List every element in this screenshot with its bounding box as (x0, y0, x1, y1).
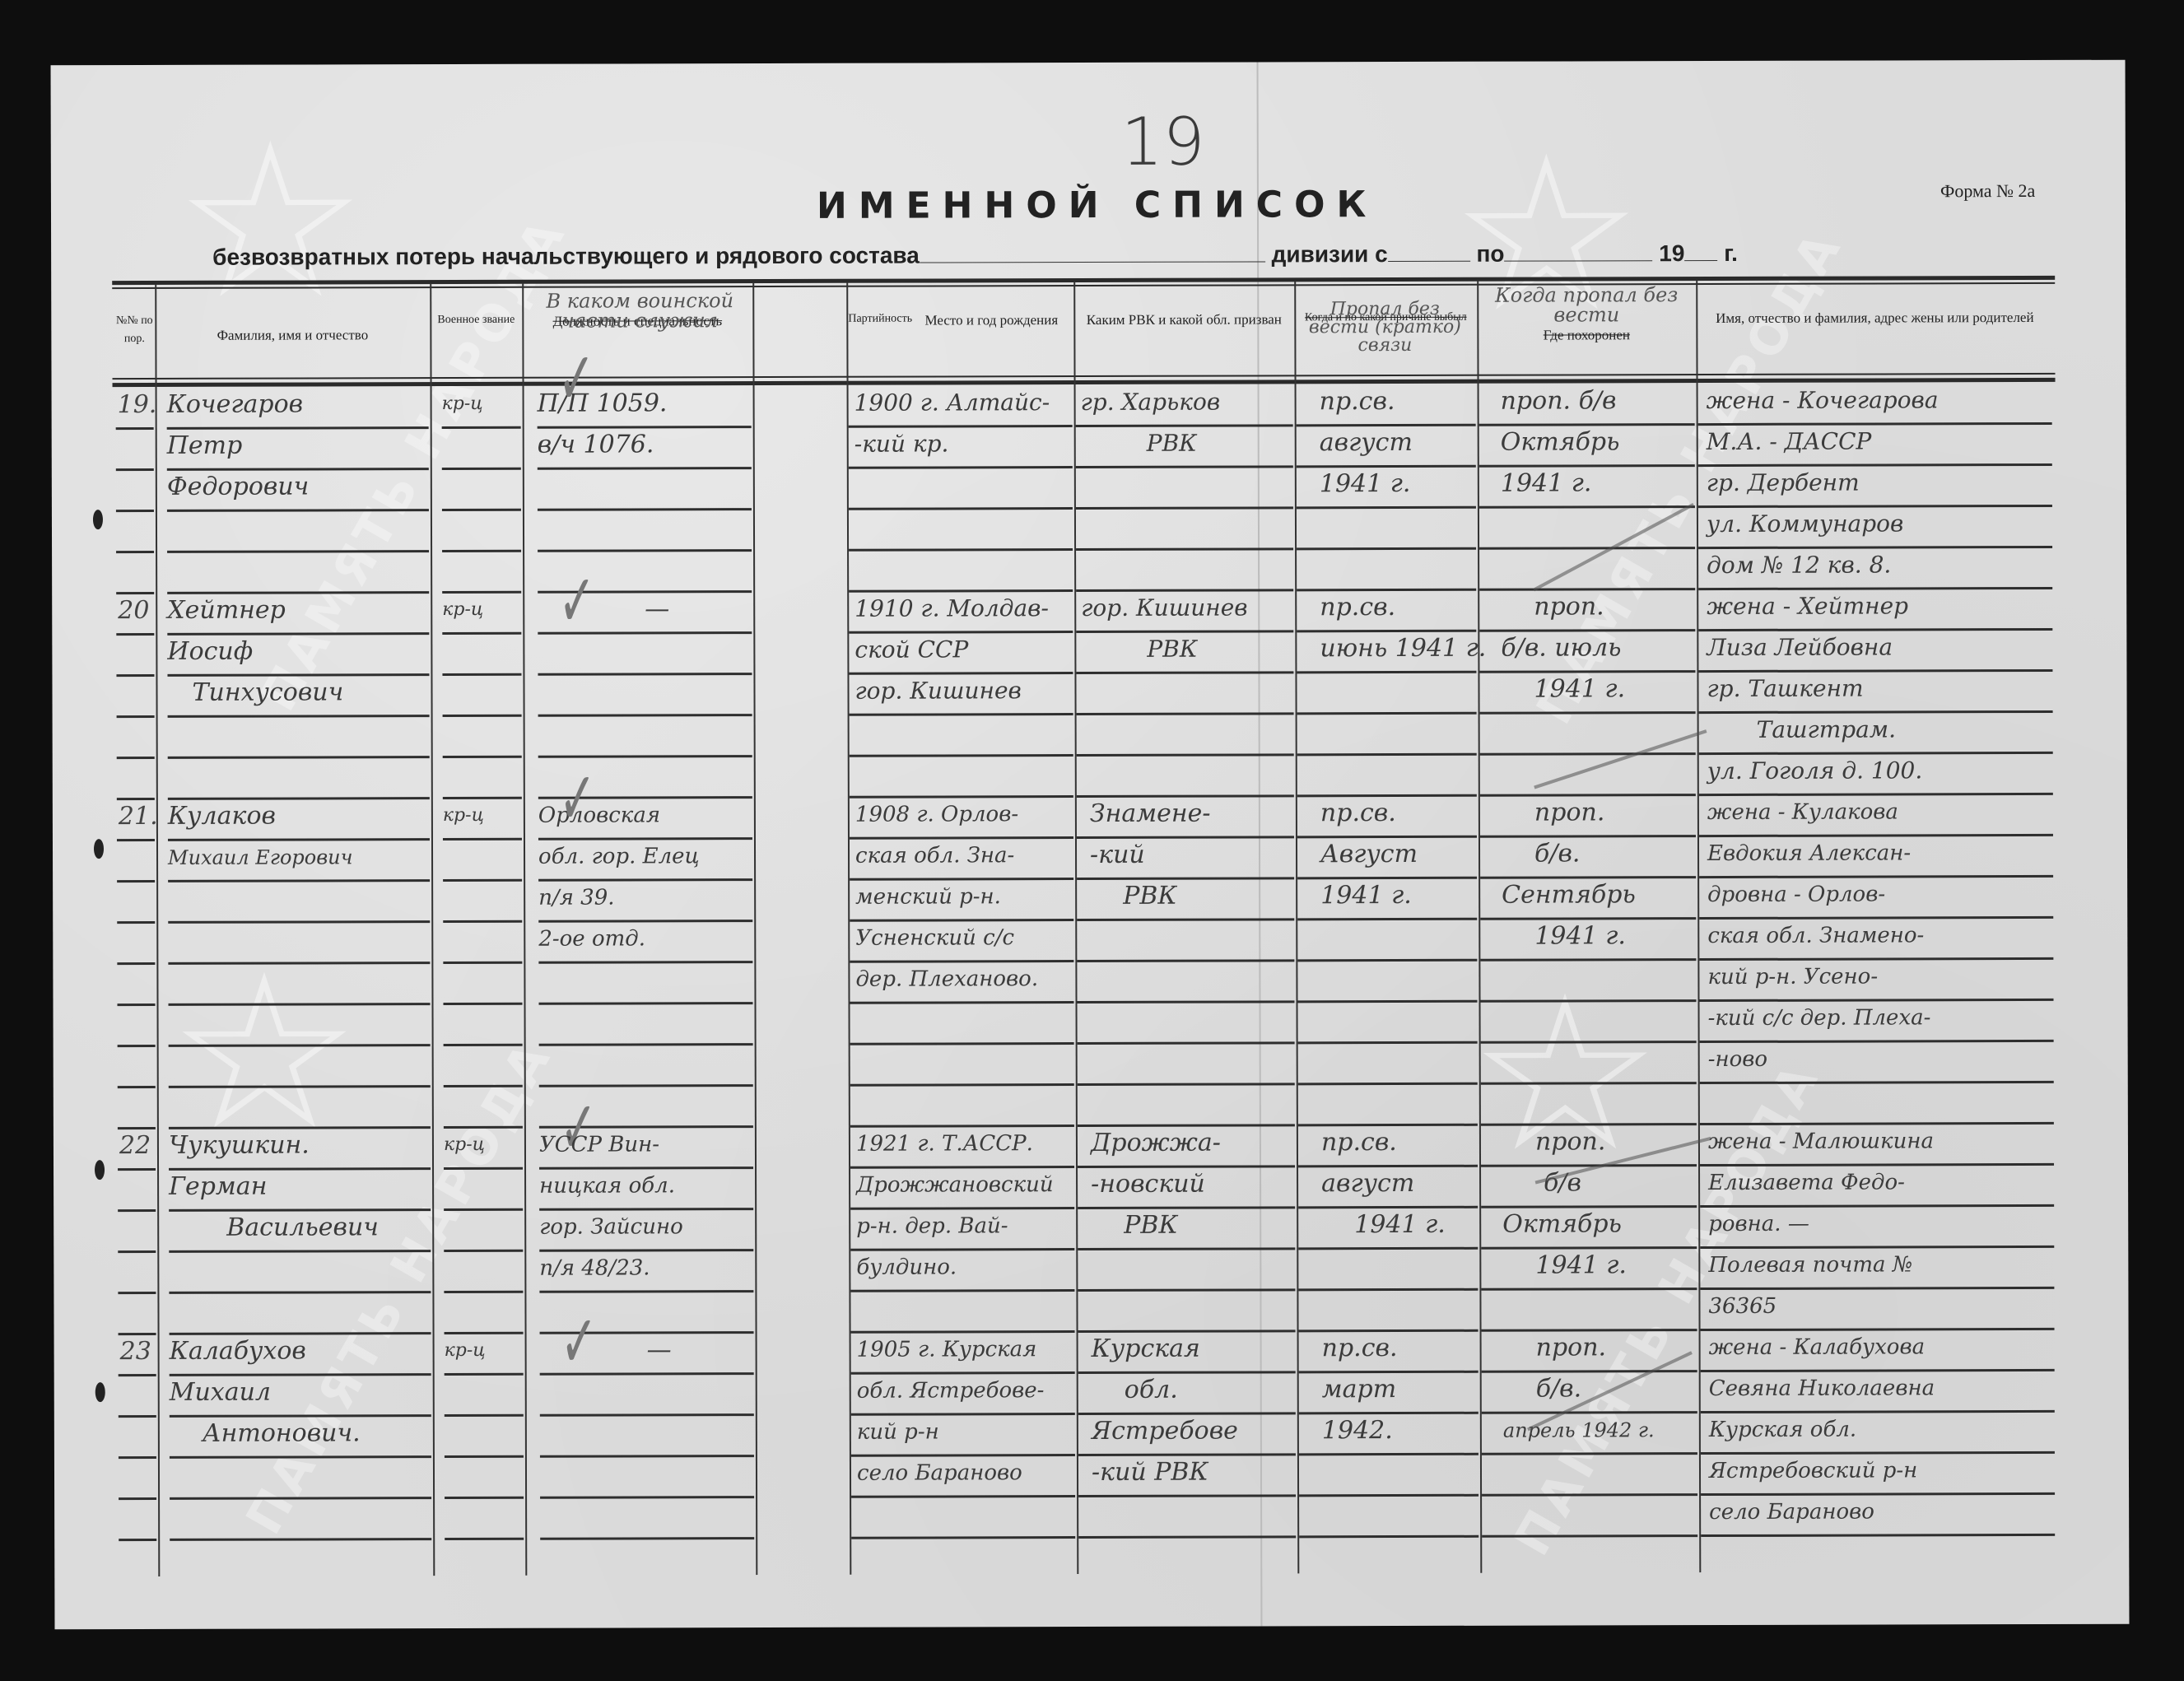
row-rule (850, 1083, 1074, 1087)
row-rule (1480, 752, 1696, 756)
row-rule (116, 592, 154, 594)
row-when: пр.св.март1942. (1322, 1328, 1398, 1451)
row-rule (1078, 1288, 1295, 1292)
row-rule (1297, 959, 1477, 962)
row-rule (170, 1455, 431, 1459)
row-buried: проп.б/в. июль1941 г. (1501, 586, 1625, 710)
row-rule (849, 507, 1073, 510)
row-rule (539, 1043, 753, 1046)
row-rule (116, 551, 154, 553)
row-position: — (647, 1329, 672, 1371)
row-rule (444, 1291, 523, 1293)
document-title: ИМЕННОЙ СПИСОК (817, 184, 1378, 227)
row-rule (170, 1538, 431, 1541)
row-rule (117, 798, 155, 800)
row-position: — (645, 589, 669, 630)
row-name: КочегаровПетрФедорович (167, 384, 310, 507)
row-number: 20 (118, 596, 149, 625)
row-rule (850, 1001, 1073, 1004)
header-birth: Место и год рождения (910, 310, 1072, 332)
header-name: Фамилия, имя и отчество (156, 324, 428, 347)
row-rule (445, 1455, 524, 1458)
row-rule (1299, 1494, 1479, 1497)
row-rule (443, 756, 522, 758)
form-number: Форма № 2а (1940, 180, 2035, 202)
row-position: УССР Вин-ницкая обл.гор. Зайсиноп/я 48/2… (539, 1124, 683, 1288)
row-rule (538, 549, 752, 552)
row-rvk: Дрожжа--новскийРВК (1091, 1123, 1221, 1246)
row-rule (169, 1003, 431, 1006)
division-blank (920, 244, 1265, 263)
row-rule (1076, 547, 1293, 551)
row-rvk: Знамене--кийРВК (1090, 794, 1211, 917)
row-rule (849, 466, 1073, 469)
row-rule (1297, 712, 1477, 715)
subtitle-year: 19 (1659, 240, 1684, 266)
row-rule (443, 715, 522, 717)
row-rule (1076, 506, 1293, 510)
row-rule (538, 467, 752, 470)
row-rule (1480, 711, 1696, 715)
row-buried: проп. б/вОктябрь1941 г. (1501, 380, 1620, 504)
subtitle-to: по (1476, 241, 1504, 267)
row-rule (442, 426, 521, 429)
row-rule (116, 427, 154, 430)
row-rule (1480, 958, 1696, 962)
row-rule (444, 1085, 523, 1087)
row-rule (168, 715, 430, 718)
row-rule (1077, 753, 1294, 757)
row-rule (168, 962, 430, 965)
row-rule (1482, 1452, 1697, 1455)
checkmark-icon: ✓ (558, 558, 596, 645)
punch-hole (93, 510, 103, 529)
row-rule (168, 756, 430, 759)
row-rule (1297, 753, 1477, 757)
row-rule (538, 673, 752, 676)
row-rule (851, 1536, 1075, 1539)
row-number: 23 (120, 1337, 151, 1366)
row-rule (445, 1497, 524, 1499)
checkmark-icon: ✓ (557, 336, 595, 422)
row-name: Чукушкин.ГерманВасильевич (169, 1125, 379, 1249)
row-number: 19. (118, 390, 157, 419)
row-rule (442, 468, 521, 470)
row-rule (169, 1044, 431, 1047)
row-rule (442, 632, 521, 635)
row-rule (1077, 712, 1294, 715)
row-rule (119, 1456, 156, 1459)
row-rule (1076, 465, 1293, 468)
row-rule (442, 550, 521, 552)
header-rvk: Каким РВК и какой обл. призван (1075, 309, 1292, 331)
row-rule (1297, 1000, 1477, 1003)
header-buried: Где похоронен (1479, 324, 1694, 347)
header-when-correction: Пропал без вести (кратко) связи (1302, 300, 1467, 356)
row-rank: кр-ц (442, 589, 483, 631)
row-number: 21. (119, 802, 158, 831)
row-rule (1077, 959, 1294, 962)
row-rule (540, 1537, 754, 1540)
row-rule (118, 1045, 156, 1047)
header-party: Партийность (848, 310, 907, 328)
row-rule (117, 757, 155, 759)
date-to-blank (1504, 244, 1652, 261)
row-rule (117, 839, 155, 841)
row-birth: 1900 г. Алтайс--кий кр. (855, 382, 1050, 465)
row-rule (118, 1292, 156, 1294)
year-blank (1684, 244, 1717, 261)
row-rule (118, 1127, 156, 1129)
row-rule (1298, 1288, 1478, 1292)
row-rule (169, 1085, 431, 1088)
row-rule (538, 714, 752, 717)
row-when: пр.св.август1941 г. (1320, 381, 1413, 505)
subtitle-division: дивизии с (1272, 241, 1388, 267)
row-rule (116, 633, 154, 636)
row-rvk: гр. ХарьковРВК (1081, 382, 1221, 464)
row-buried: проп.б/в.Сентябрь1941 г. (1502, 792, 1636, 957)
row-rule (849, 548, 1073, 552)
subtitle-prefix: безвозвратных потерь начальствующего и р… (212, 243, 920, 270)
row-name: КалабуховМихаилАнтонович. (170, 1330, 361, 1455)
row-rule (1298, 1041, 1478, 1045)
row-when: пр.св.Август1941 г. (1320, 793, 1418, 916)
row-rule (540, 1455, 754, 1458)
punch-hole (95, 1382, 105, 1402)
row-rule (119, 1539, 156, 1541)
row-rule (118, 1250, 156, 1253)
row-rule (1297, 506, 1476, 510)
row-rule (119, 1415, 156, 1418)
row-rule (168, 920, 430, 924)
row-rule (538, 508, 752, 511)
row-name: ХейтнерИосифТинхусович (167, 589, 343, 714)
punch-hole (94, 839, 104, 859)
strike-mark (1534, 729, 1707, 789)
row-rule (1297, 918, 1477, 921)
row-rule (1078, 1083, 1295, 1086)
row-rule (119, 1374, 156, 1376)
row-birth: 1908 г. Орлов-ская обл. Зна-менский р-н.… (855, 794, 1038, 1000)
row-rule (1482, 1493, 1697, 1497)
row-rule (119, 1333, 156, 1335)
row-rule (443, 879, 522, 882)
row-family: жена - КулаковаЕвдокия Алексан-дровна - … (1707, 791, 1931, 1080)
header-family: Имя, отчество и фамилия, адрес жены или … (1697, 307, 2051, 329)
row-birth: 1905 г. Курскаяобл. Ястребове-кий р-нсел… (857, 1329, 1045, 1494)
row-rule (850, 1289, 1074, 1292)
header-rank: Военное звание (431, 311, 520, 329)
row-rule (445, 1538, 524, 1540)
row-rule (442, 673, 521, 676)
row-rank: кр-ц (445, 1330, 486, 1371)
header-buried-correction: Когда пропал без вести (1483, 285, 1689, 325)
row-buried: проп.б/в.апрель 1942 г. (1503, 1327, 1655, 1451)
checkmark-icon: ✓ (559, 756, 597, 842)
row-rule (1299, 1535, 1479, 1539)
row-rule (117, 921, 155, 924)
row-when: пр.св.июнь 1941 г. (1320, 587, 1486, 670)
row-rule (1299, 1453, 1479, 1456)
row-rule (444, 1167, 523, 1170)
row-rule (1078, 1247, 1295, 1250)
row-rule (116, 510, 154, 512)
row-rule (443, 838, 522, 840)
row-rule (1298, 1247, 1478, 1250)
row-rule (1078, 1494, 1296, 1497)
row-rule (118, 1168, 156, 1171)
row-rule (118, 1086, 156, 1088)
document-subtitle: безвозвратных потерь начальствующего и р… (212, 240, 1738, 271)
row-rule (1297, 671, 1476, 674)
row-rule (1077, 918, 1294, 921)
page-fold (1257, 62, 1263, 1626)
row-rulings (51, 60, 2126, 66)
row-rule (538, 1002, 752, 1005)
row-rule (117, 880, 155, 882)
row-when: пр.св.август1941 г. (1321, 1122, 1446, 1246)
row-birth: 1910 г. Молдав-ской ССРгор. Кишинев (855, 588, 1049, 712)
row-rule (850, 754, 1073, 757)
row-rule (443, 920, 522, 923)
row-rule (850, 713, 1073, 716)
row-rule (540, 1496, 754, 1499)
row-rank: кр-ц (442, 384, 483, 425)
row-rule (170, 1497, 431, 1500)
document-sheet: ☆ ☆ ☆ ☆ ПАМЯТЬ НАРОДА ПАМЯТЬ НАРОДА ПАМЯ… (51, 60, 2130, 1630)
row-position: П/П 1059.в/ч 1076. (538, 383, 668, 465)
row-rule (445, 1414, 524, 1417)
punch-hole (95, 1160, 105, 1180)
row-rule (538, 961, 752, 964)
row-rule (443, 962, 522, 964)
row-rule (1076, 671, 1293, 674)
row-rule (1701, 1534, 2055, 1537)
row-rule (444, 1044, 523, 1046)
row-rule (1077, 1000, 1294, 1003)
row-rule (1480, 999, 1696, 1003)
row-name: КулаковМихаил Егорович (168, 795, 353, 878)
date-from-blank (1388, 244, 1470, 262)
row-rule (168, 879, 430, 882)
header-no: №№ по пор. (115, 312, 153, 347)
row-rvk: гор. КишиневРВК (1081, 587, 1248, 670)
row-rule (539, 1290, 753, 1293)
row-rule (117, 715, 155, 718)
row-rule (444, 1250, 523, 1252)
row-rank: кр-ц (444, 1125, 485, 1166)
row-rule (444, 1208, 523, 1211)
row-rule (444, 1003, 523, 1005)
row-rank: кр-ц (443, 795, 484, 836)
row-rule (1078, 1041, 1295, 1045)
row-rule (1481, 1041, 1697, 1044)
row-rule (1481, 1082, 1697, 1085)
row-rule (442, 509, 521, 511)
page-number: 19 (1121, 104, 1205, 180)
row-rule (118, 1003, 156, 1006)
header-position-correction: В каком воинской части служил (537, 291, 743, 331)
row-family: жена - КочегароваМ.А. - ДАССРгр. Дербент… (1707, 380, 1940, 586)
row-rule (1482, 1534, 1697, 1538)
row-rule (118, 1209, 156, 1212)
row-rule (1078, 1535, 1296, 1539)
watermark-star-icon: ☆ (175, 97, 367, 347)
row-rule (445, 1373, 524, 1376)
subtitle-year-suffix: г. (1724, 240, 1738, 266)
row-rule (119, 1497, 156, 1500)
row-buried: проп.б/вОктябрь1941 г. (1502, 1121, 1627, 1286)
row-rule (1298, 1083, 1478, 1086)
row-birth: 1921 г. Т.АССР.Дрожжановскийр-н. дер. Ва… (856, 1123, 1054, 1288)
row-family: жена - КалабуховаСевяна НиколаевнаКурска… (1709, 1326, 1935, 1533)
row-rule (851, 1495, 1075, 1498)
row-rule (850, 1042, 1074, 1045)
row-rvk: Курскаяобл.Ястребове-кий РВК (1092, 1329, 1239, 1493)
row-rule (1297, 547, 1476, 551)
row-number: 22 (119, 1131, 151, 1160)
row-rule (1700, 1081, 2054, 1084)
checkmark-icon: ✓ (561, 1299, 598, 1385)
row-rule (116, 674, 154, 677)
row-rule (117, 962, 155, 965)
row-family: жена - МалюшкинаЕлизавета Федо-ровна. —П… (1708, 1120, 1935, 1327)
row-rule (116, 468, 154, 471)
row-family: жена - ХейтнерЛиза Лейбовнагр. ТашкентТа… (1707, 585, 1922, 792)
row-rule (540, 1413, 754, 1417)
